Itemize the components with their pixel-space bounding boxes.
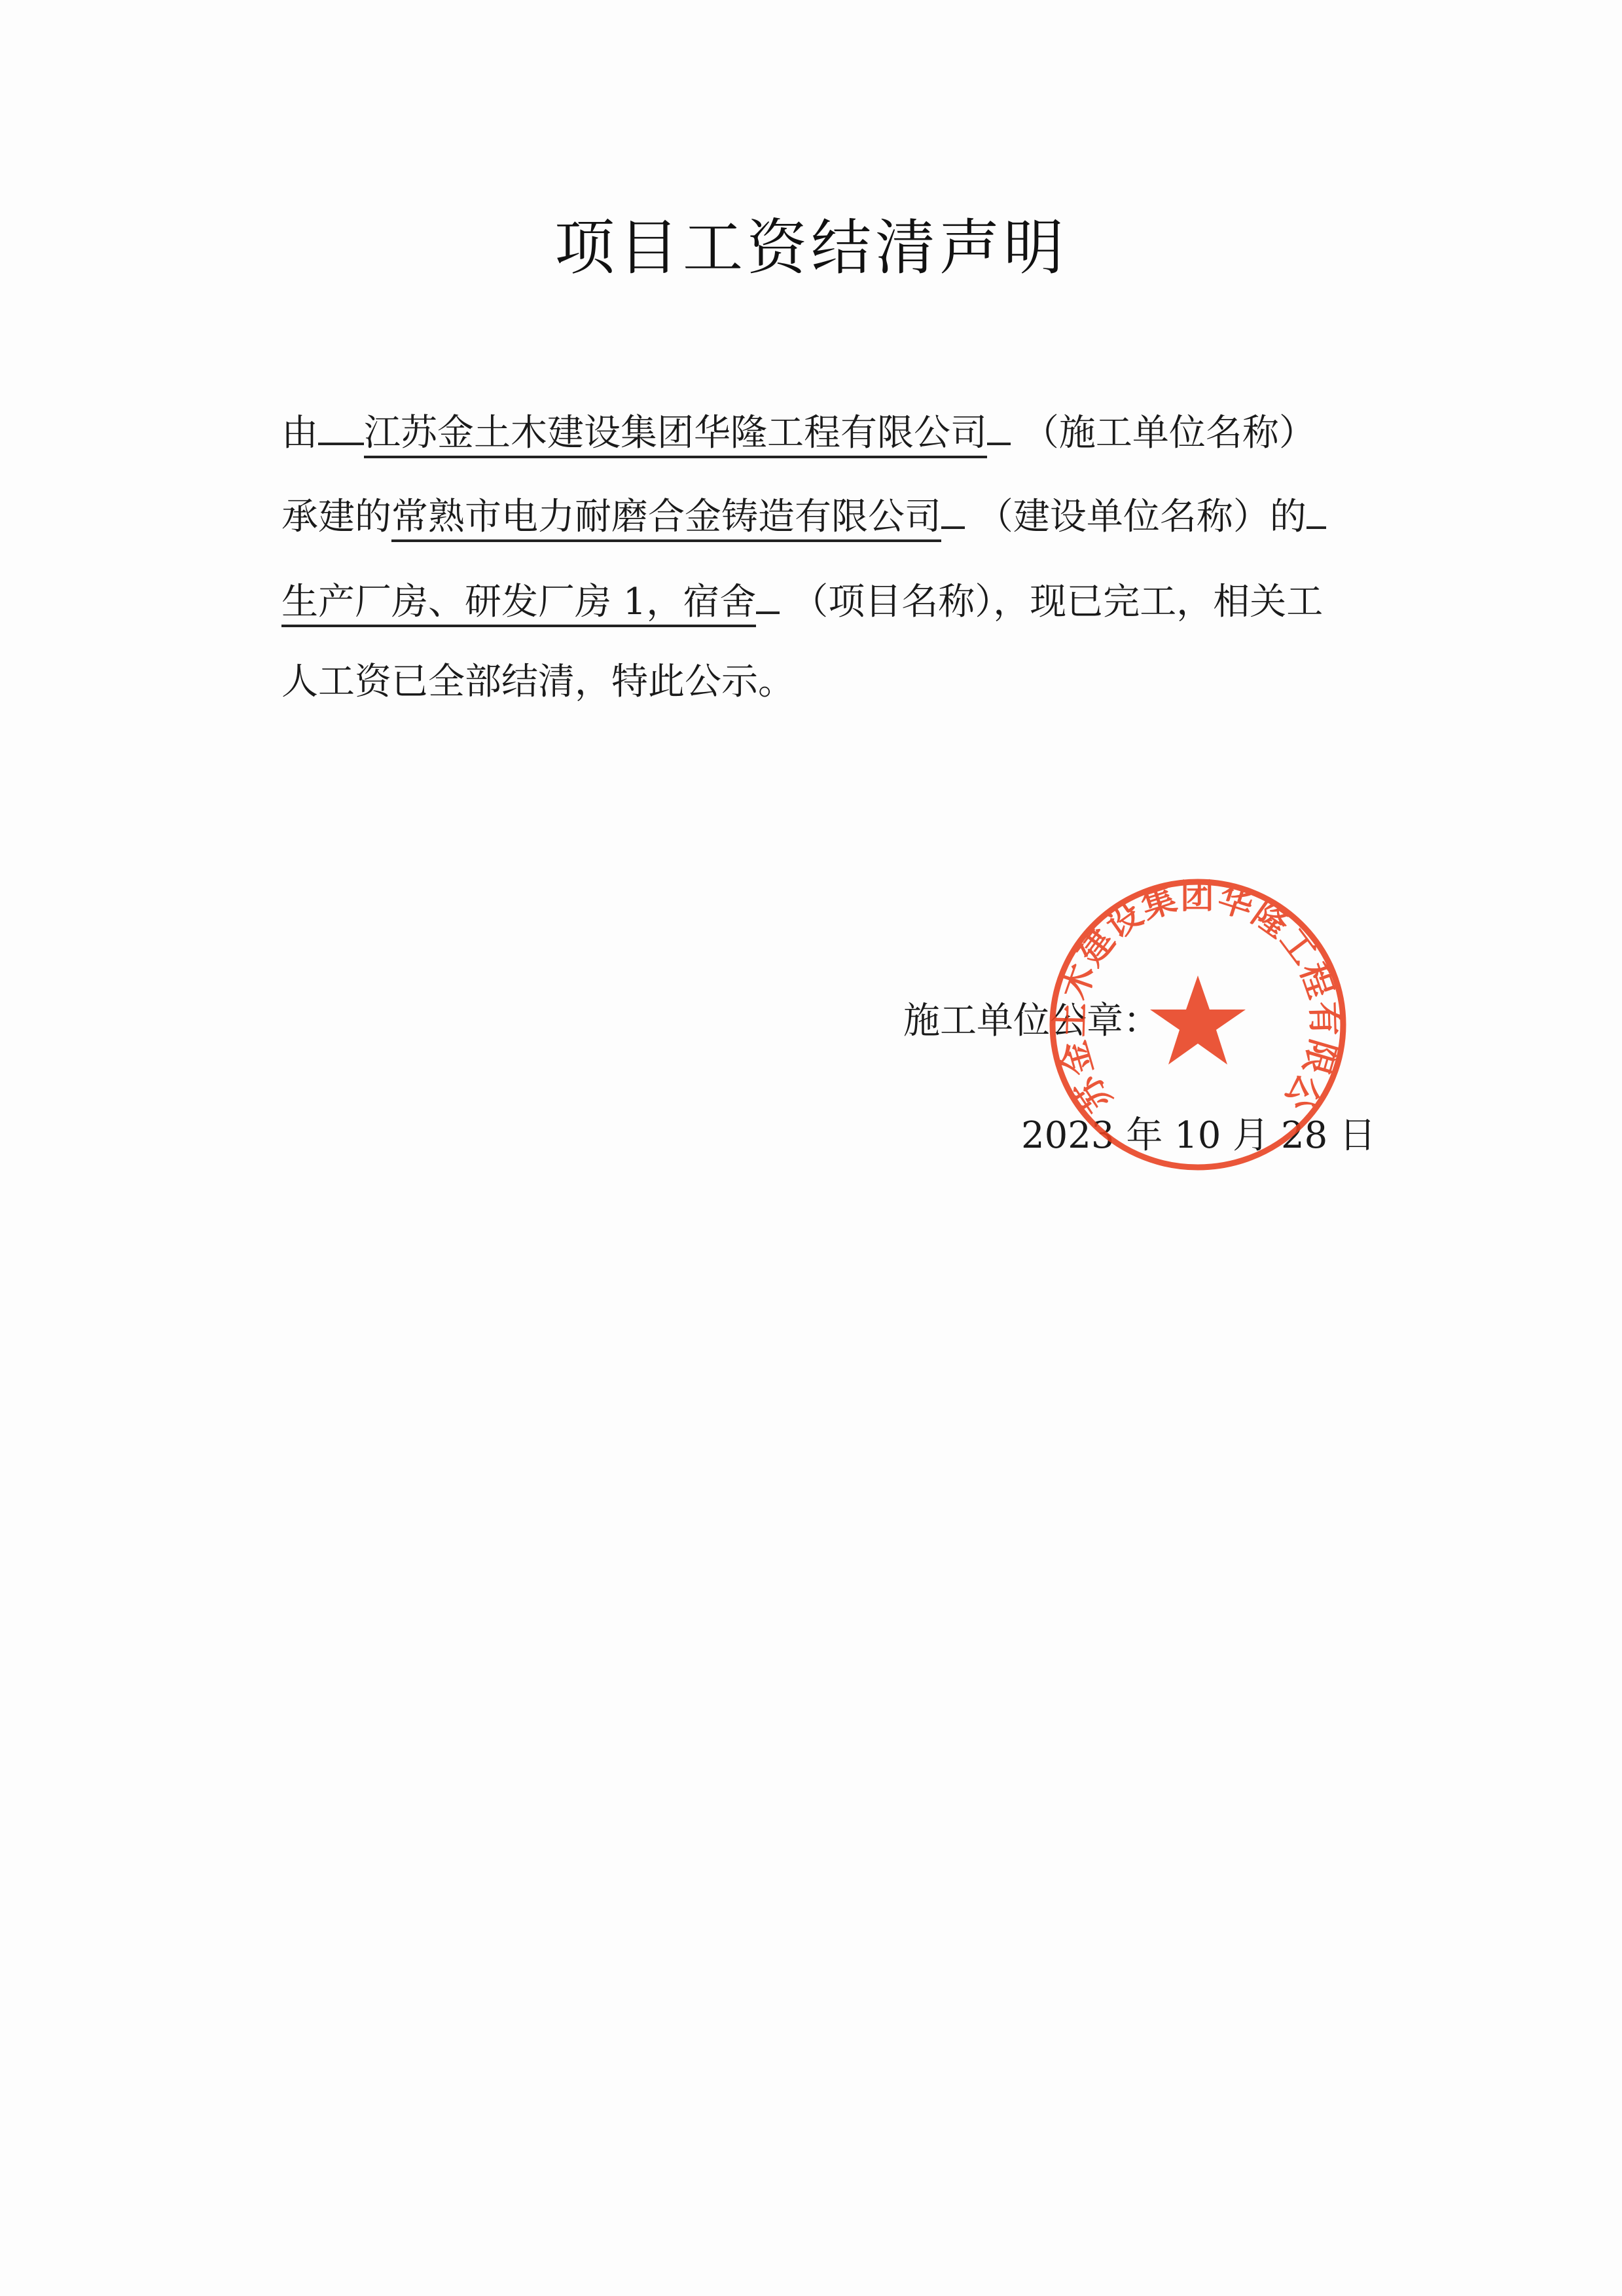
blank-underline bbox=[987, 406, 1011, 445]
line2-prefix: 承建的 bbox=[281, 496, 391, 538]
owner-unit-name: 常熟市电力耐磨合金铸造有限公司 bbox=[391, 496, 941, 542]
body-line-1: 由江苏金土木建设集团华隆工程有限公司 （施工单位名称） bbox=[281, 406, 1316, 456]
document-page: 项目工资结清声明 由江苏金土木建设集团华隆工程有限公司 （施工单位名称） 承建的… bbox=[0, 0, 1622, 2296]
body-line-2: 承建的常熟市电力耐磨合金铸造有限公司 （建设单位名称）的 bbox=[281, 490, 1326, 540]
line2-suffix: （建设单位名称）的 bbox=[977, 496, 1307, 538]
blank-underline bbox=[756, 575, 780, 614]
construction-unit-name: 江苏金土木建设集团华隆工程有限公司 bbox=[364, 412, 987, 458]
blank-underline bbox=[1307, 490, 1326, 529]
project-name: 生产厂房、研发厂房 1，宿舍 bbox=[281, 581, 756, 627]
line1-prefix: 由 bbox=[281, 412, 318, 454]
document-title: 项目工资结清声明 bbox=[0, 200, 1622, 286]
line1-suffix: （施工单位名称） bbox=[1022, 412, 1316, 454]
blank-underline bbox=[318, 406, 364, 445]
company-seal: 江苏金土木建设集团华隆工程有限公司 bbox=[1041, 871, 1355, 1178]
line3-suffix: （项目名称），现已完工，相关工 bbox=[791, 581, 1323, 623]
star-icon bbox=[1150, 975, 1246, 1065]
body-line-3: 生产厂房、研发厂房 1，宿舍 （项目名称），现已完工，相关工 bbox=[281, 575, 1323, 625]
body-line-4: 人工资已全部结清，特此公示。 bbox=[281, 659, 795, 705]
blank-underline bbox=[941, 490, 965, 529]
